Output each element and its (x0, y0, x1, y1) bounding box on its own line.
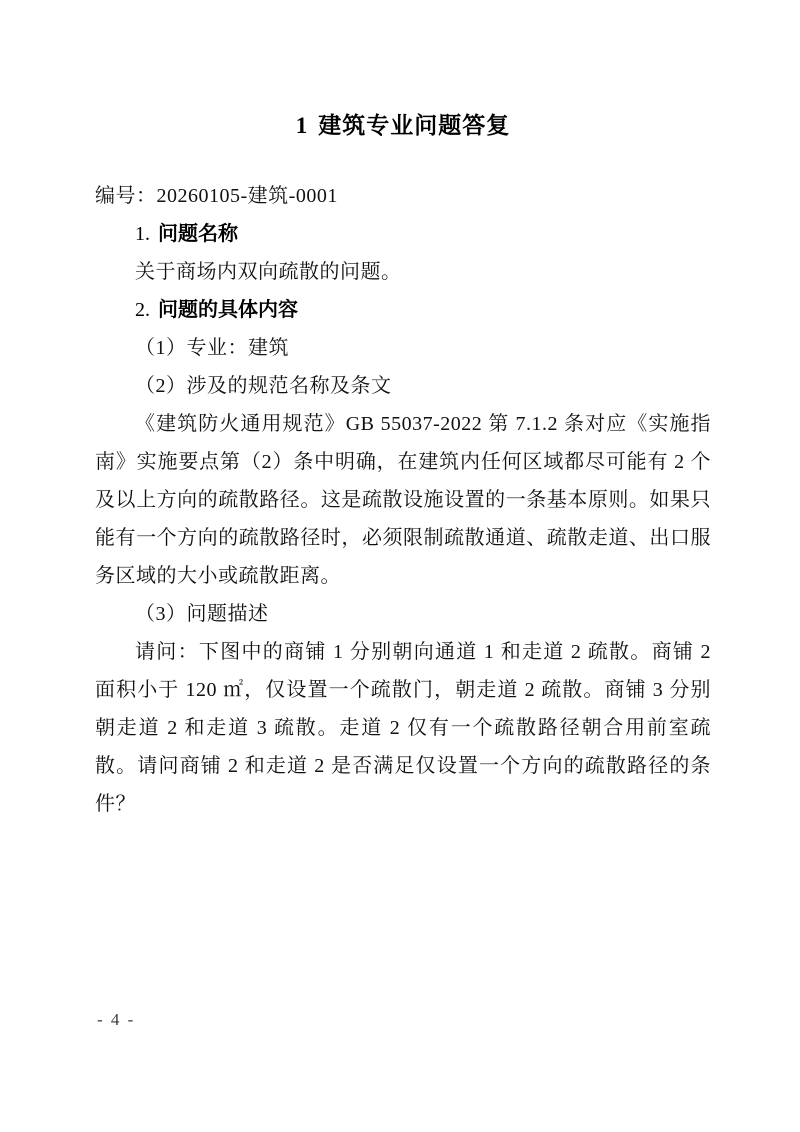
page-title: 1建筑专业问题答复 (95, 112, 711, 140)
section-2-heading: 2.问题的具体内容 (95, 291, 711, 329)
paragraph-question-detail: 请问：下图中的商铺 1 分别朝向通道 1 和走道 2 疏散。商铺 2 面积小于 … (95, 633, 711, 823)
item-question-description: （3）问题描述 (95, 595, 711, 633)
section-1-paragraph: 关于商场内双向疏散的问题。 (95, 253, 711, 291)
section-1-title: 问题名称 (158, 223, 238, 245)
paragraph-regulation-detail: 《建筑防火通用规范》GB 55037-2022 第 7.1.2 条对应《实施指南… (95, 405, 711, 595)
section-1-number: 1. (135, 223, 150, 245)
section-1-heading: 1.问题名称 (95, 215, 711, 253)
page-title-number: 1 (296, 113, 309, 138)
document-page: 1建筑专业问题答复 编号：20260105-建筑-0001 1.问题名称 关于商… (0, 0, 800, 1132)
section-2-title: 问题的具体内容 (158, 299, 298, 321)
document-content: 1建筑专业问题答复 编号：20260105-建筑-0001 1.问题名称 关于商… (95, 112, 711, 823)
footer-page-number: - 4 - (97, 1008, 135, 1032)
doc-id-line: 编号：20260105-建筑-0001 (95, 177, 711, 215)
section-2-number: 2. (135, 299, 150, 321)
item-specialty: （1）专业：建筑 (95, 329, 711, 367)
page-title-text: 建筑专业问题答复 (318, 113, 510, 138)
item-regulation-name: （2）涉及的规范名称及条文 (95, 367, 711, 405)
